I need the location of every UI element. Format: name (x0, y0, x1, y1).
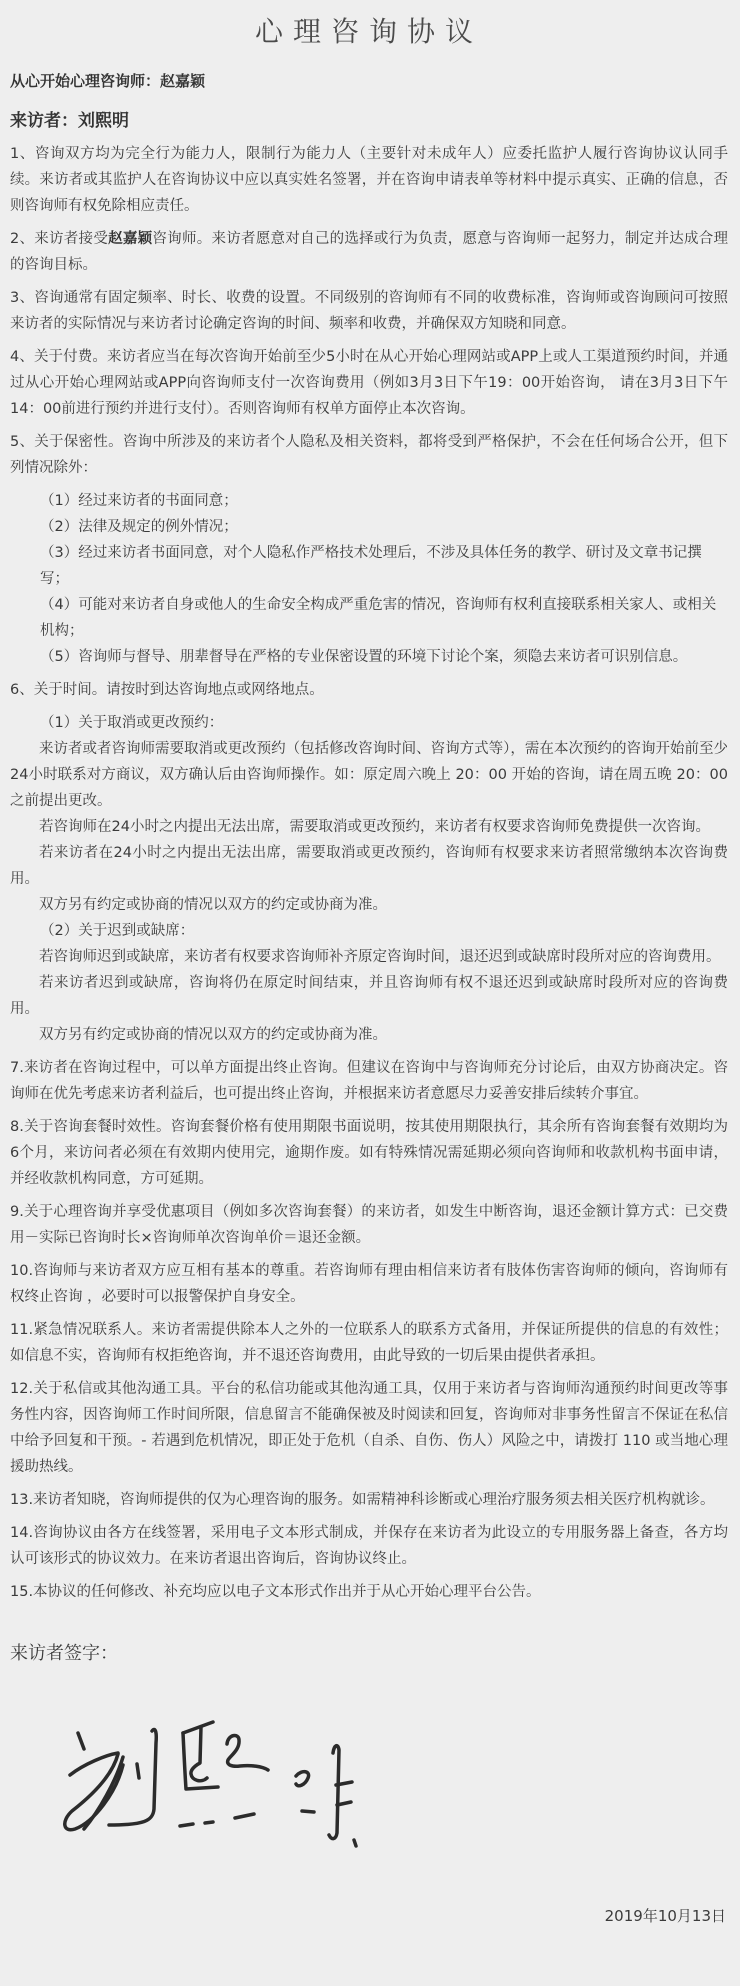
clause-5-sub-4: （4）可能对来访者自身或他人的生命安全构成严重危害的情况，咨询师有权利直接联系相… (10, 592, 728, 644)
clause-2-pre: 2、来访者接受 (10, 231, 108, 247)
page-title: 心理咨询协议 (10, 10, 728, 50)
clause-6-sub-1-a: 若咨询师在24小时之内提出无法出席，需要取消或更改预约，来访者有权要求咨询师免费… (10, 814, 728, 840)
clause-6-sub-2-b: 若来访者迟到或缺席，咨询将仍在原定时间结束，并且咨询师有权不退还迟到或缺席时段所… (10, 970, 728, 1022)
signature-stroke (205, 1822, 213, 1823)
visitor-line: 来访者：刘熙明 (10, 106, 728, 131)
clause-4: 4、关于付费。来访者应当在每次咨询开始前至少5小时在从心开始心理网站或APP上或… (10, 344, 728, 422)
signature-stroke (78, 1733, 84, 1749)
signature-stroke (227, 1735, 268, 1770)
signature-stroke (183, 1722, 213, 1733)
clause-5-sub-1: （1）经过来访者的书面同意； (10, 488, 728, 514)
clause-6-sub-1-b: 若来访者在24小时之内提出无法出席，需要取消或更改预约，咨询师有权要求来访者照常… (10, 840, 728, 892)
signature-stroke (354, 1840, 356, 1846)
signature-image (50, 1707, 368, 1859)
clause-6-sub-1-c: 双方另有约定或协商的情况以双方的约定或协商为准。 (10, 892, 728, 918)
clause-9: 9.关于心理咨询并享受优惠项目（例如多次咨询套餐）的来访者，如发生中断咨询，退还… (10, 1199, 728, 1251)
clause-3: 3、咨询通常有固定频率、时长、收费的设置。不同级别的咨询师有不同的收费标准，咨询… (10, 285, 728, 337)
clause-10: 10.咨询师与来访者双方应互相有基本的尊重。若咨询师有理由相信来访者有肢体伤害咨… (10, 1258, 728, 1310)
clause-6: 6、关于时间。请按时到达咨询地点或网络地点。 (10, 677, 728, 703)
signature-label: 来访者签字： (10, 1639, 728, 1665)
signature-stroke (235, 1814, 254, 1818)
clause-2-counselor-name: 赵嘉颖 (108, 231, 152, 247)
signature-stroke (296, 1772, 309, 1786)
clause-8: 8.关于咨询套餐时效性。咨询套餐价格有使用期限书面说明，按其使用期限执行，其余所… (10, 1114, 728, 1192)
clause-6-sub-2-title: （2）关于迟到或缺席： (10, 918, 728, 944)
clause-11: 11.紧急情况联系人。来访者需提供除本人之外的一位联系人的联系方式备用，并保证所… (10, 1317, 728, 1369)
signature-stroke (329, 1746, 339, 1839)
clause-12: 12.关于私信或其他沟通工具。平台的私信功能或其他沟通工具，仅用于来访者与咨询师… (10, 1376, 728, 1480)
clause-13: 13.来访者知晓，咨询师提供的仅为心理咨询的服务。如需精神科诊断或心理治疗服务须… (10, 1487, 728, 1513)
signature-stroke (137, 1764, 139, 1778)
signature-stroke (191, 1727, 207, 1781)
clause-5-sub-5: （5）咨询师与督导、朋辈督导在严格的专业保密设置的环境下讨论个案，须隐去来访者可… (10, 644, 728, 670)
clause-5-sub-2: （2）法律及规定的例外情况； (10, 514, 728, 540)
clause-5-sub-3: （3）经过来访者书面同意，对个人隐私作严格技术处理后，不涉及具体任务的教学、研讨… (10, 540, 728, 592)
clause-6-sub-2-a: 若咨询师迟到或缺席，来访者有权要求咨询师补齐原定咨询时间，退还迟到或缺席时段所对… (10, 944, 728, 970)
counselor-line: 从心开始心理咨询师：赵嘉颖 (10, 70, 728, 91)
clause-15: 15.本协议的任何修改、补充均应以电子文本形式作出并于从心开始心理平台公告。 (10, 1579, 728, 1605)
date-label: 2019年10月13日 (10, 1905, 726, 1926)
clause-2: 2、来访者接受赵嘉颖咨询师。来访者愿意对自己的选择或行为负责，愿意与咨询师一起努… (10, 226, 728, 278)
agreement-document: 心理咨询协议 从心开始心理咨询师：赵嘉颖 来访者：刘熙明 1、咨询双方均为完全行… (0, 0, 740, 1986)
signature-stroke (180, 1824, 193, 1826)
clause-1: 1、咨询双方均为完全行为能力人，限制行为能力人（主要针对未成年人）应委托监护人履… (10, 141, 728, 219)
signature-stroke (302, 1811, 314, 1812)
clause-6-sub-1-body: 来访者或者咨询师需要取消或更改预约（包括修改咨询时间、咨询方式等），需在本次预约… (10, 736, 728, 814)
clause-6-sub-2-c: 双方另有约定或协商的情况以双方的约定或协商为准。 (10, 1022, 728, 1048)
clause-6-sub-1-title: （1）关于取消或更改预约： (10, 710, 728, 736)
clause-14: 14.咨询协议由各方在线签署，采用电子文本形式制成，并保存在来访者为此设立的专用… (10, 1520, 728, 1572)
clause-7: 7.来访者在咨询过程中，可以单方面提出终止咨询。但建议在咨询中与咨询师充分讨论后… (10, 1055, 728, 1107)
clause-5: 5、关于保密性。咨询中所涉及的来访者个人隐私及相关资料，都将受到严格保护，不会在… (10, 429, 728, 481)
